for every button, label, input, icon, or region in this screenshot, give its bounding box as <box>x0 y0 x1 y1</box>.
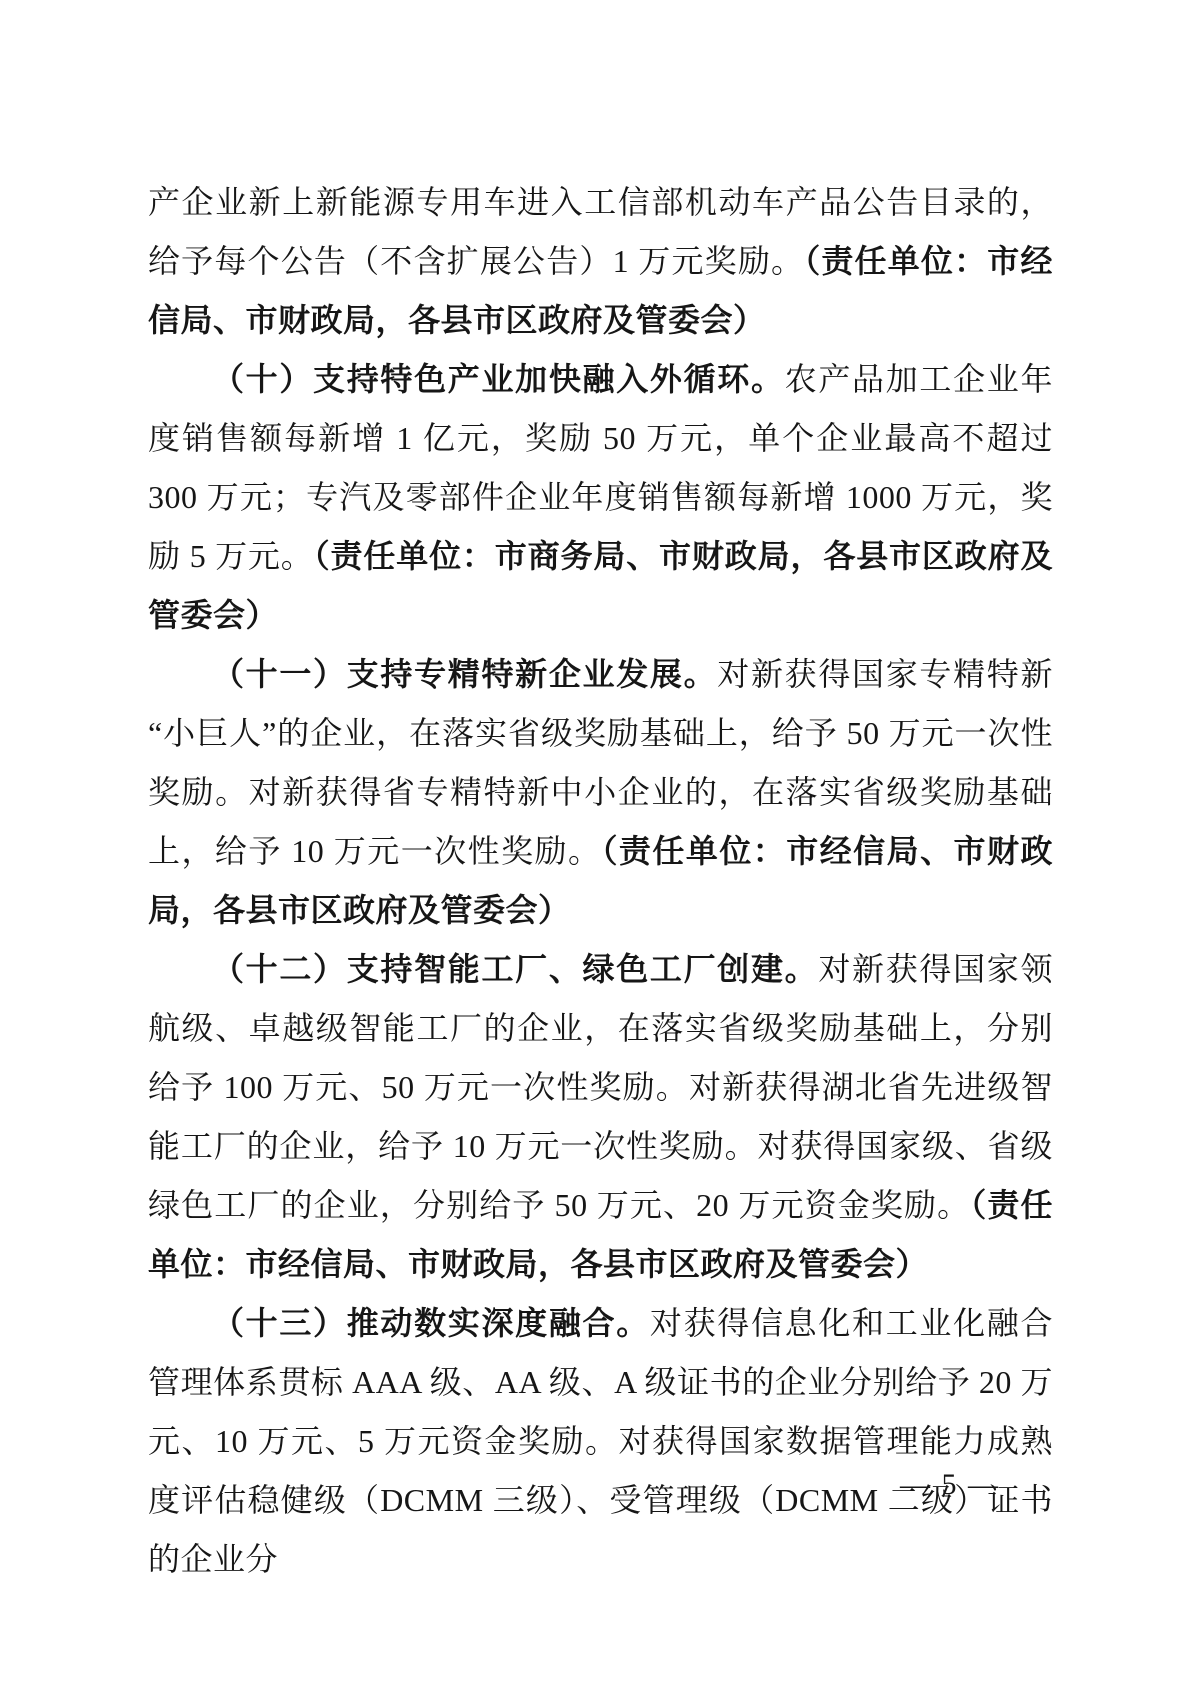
text-segment-heading: （十）支持特色产业加快融入外循环。 <box>212 361 785 397</box>
text-segment-heading: （十一）支持专精特新企业发展。 <box>212 656 717 692</box>
document-page: 产企业新上新能源专用车进入工信部机动车产品公告目录的，给予每个公告（不含扩展公告… <box>0 0 1191 1684</box>
paragraph: （十）支持特色产业加快融入外循环。农产品加工企业年度销售额每新增 1 亿元，奖励… <box>148 350 1053 645</box>
paragraph: （十一）支持专精特新企业发展。对新获得国家专精特新“小巨人”的企业，在落实省级奖… <box>148 645 1053 940</box>
text-segment-heading: （十二）支持智能工厂、绿色工厂创建。 <box>212 951 818 987</box>
document-body: 产企业新上新能源专用车进入工信部机动车产品公告目录的，给予每个公告（不含扩展公告… <box>148 173 1053 1589</box>
text-segment-heading: （十三）推动数实深度融合。 <box>212 1305 650 1341</box>
text-segment-body: 对获得信息化和工业化融合管理体系贯标 AAA 级、AA 级、A 级证书的企业分别… <box>148 1305 1053 1577</box>
text-segment-body: 对新获得国家领航级、卓越级智能工厂的企业，在落实省级奖励基础上，分别给予 100… <box>148 951 1053 1223</box>
paragraph: 产企业新上新能源专用车进入工信部机动车产品公告目录的，给予每个公告（不含扩展公告… <box>148 173 1053 350</box>
paragraph: （十二）支持智能工厂、绿色工厂创建。对新获得国家领航级、卓越级智能工厂的企业，在… <box>148 940 1053 1294</box>
paragraph: （十三）推动数实深度融合。对获得信息化和工业化融合管理体系贯标 AAA 级、AA… <box>148 1294 1053 1589</box>
page-number: — 5 — <box>900 1468 1000 1502</box>
